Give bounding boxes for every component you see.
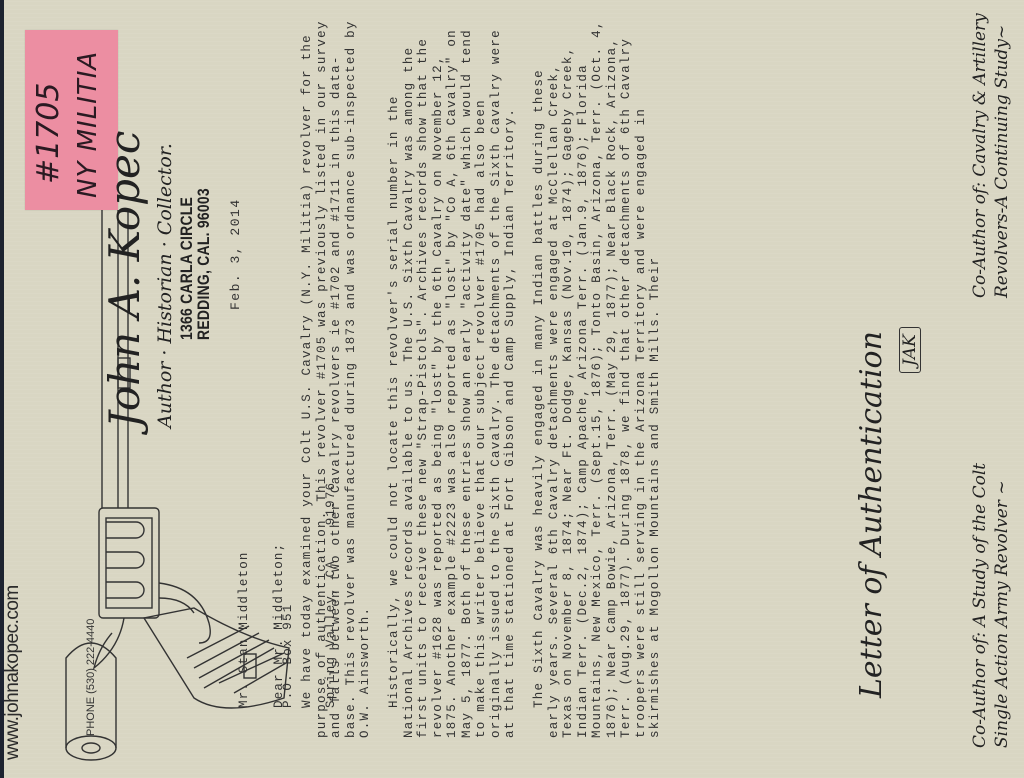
letter-title: Letter of Authentication	[854, 331, 889, 698]
cartridge-illustration-icon: PHONE (530) 222-4440	[56, 618, 126, 768]
body-paragraph: Historically, we could not locate this r…	[387, 18, 518, 738]
recipient-line: Mr. Stan Middleton	[237, 482, 252, 708]
website-url: www.johnakopec.com	[2, 585, 24, 760]
svg-text:PHONE (530) 222-4440: PHONE (530) 222-4440	[85, 619, 97, 736]
body-paragraph: The Sixth Cavalry was heavily engaged in…	[532, 18, 663, 738]
letterhead-subtitle: Author · Historian · Collector.	[154, 143, 176, 428]
letterhead-address: 1366 CARLA CIRCLE REDDING, CAL. 96003	[178, 188, 212, 340]
sticky-note-serial: #1705	[31, 83, 66, 184]
letter-body: We have today examined your Colt U.S. Ca…	[300, 18, 677, 738]
letter-page: www.johnakopec.com	[4, 0, 1024, 778]
salutation: Dear Mr. Middleton;	[272, 543, 286, 708]
initials-stamp: JAK	[899, 327, 921, 373]
body-paragraph: We have today examined your Colt U.S. Ca…	[300, 18, 373, 738]
letterhead-name: John A. Kopec	[100, 131, 149, 428]
coauthor-credit-left: Co-Author of: A Study of the Colt Single…	[969, 408, 1013, 748]
letter-date: Feb. 3, 2014	[228, 198, 243, 310]
sticky-note-label: NY MILITIA	[73, 51, 103, 198]
coauthor-credit-right: Co-Author of: Cavalry & Artillery Revolv…	[969, 0, 1013, 298]
